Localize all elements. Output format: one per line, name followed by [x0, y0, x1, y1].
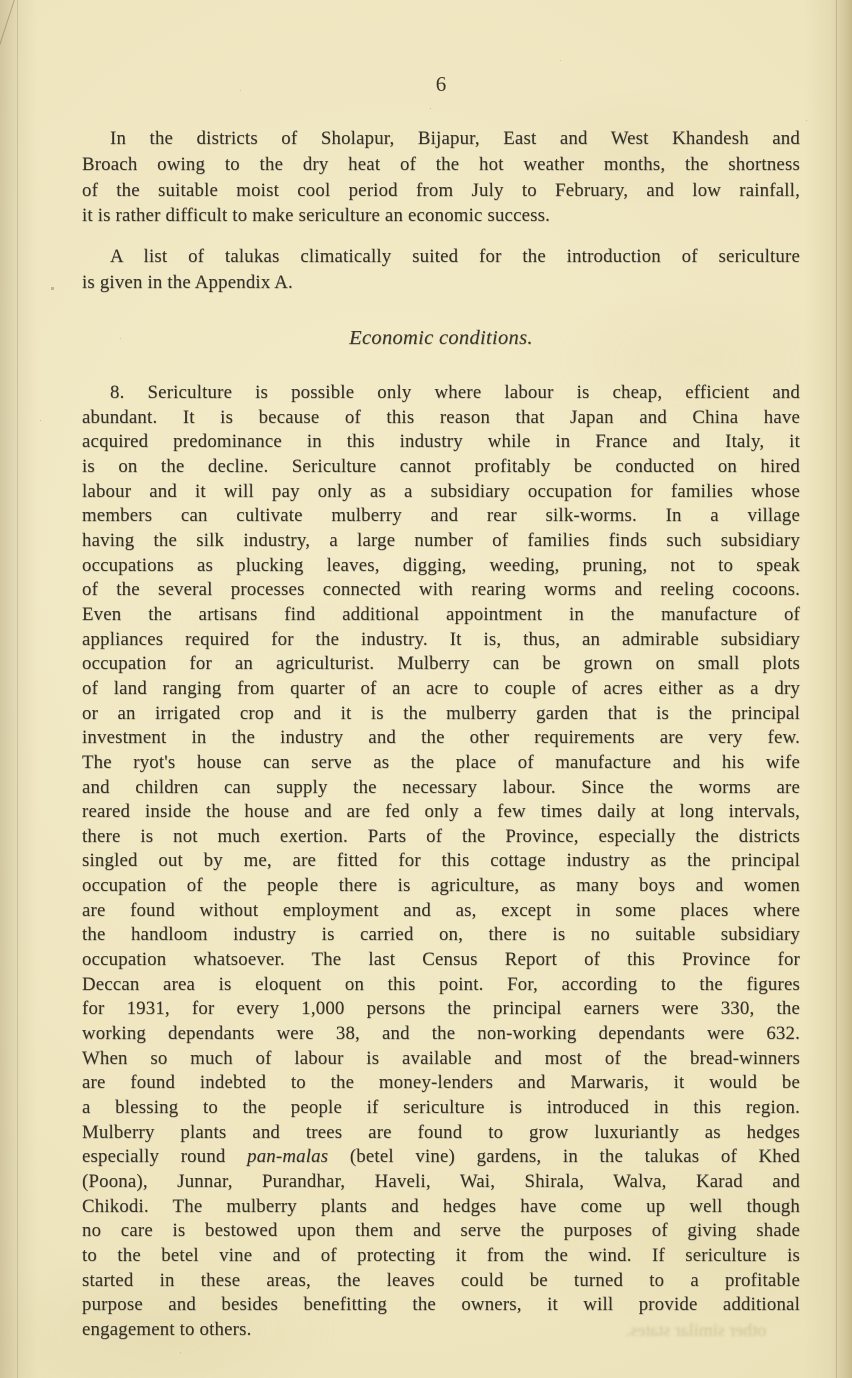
left-crease-line: [17, 0, 18, 1378]
text-line: 8. Sericulture is possible only where la…: [82, 381, 800, 406]
text-line: occupation for an agriculturist. Mulberr…: [82, 652, 800, 677]
section-heading-economic-conditions: Economic conditions.: [82, 327, 800, 350]
paragraph-talukas-list: A list of talukas climatically suited fo…: [82, 244, 800, 296]
text-line: of land ranging from quarter of an acre …: [82, 677, 800, 702]
text-line: of the several processes connected with …: [82, 578, 800, 603]
ghost-showthrough-text: other similar states.: [572, 1320, 820, 1341]
text-line: acquired predominance in this industry w…: [82, 430, 800, 455]
paragraph-8-sericulture: 8. Sericulture is possible only where la…: [82, 381, 800, 1343]
text-line: a blessing to the people if sericulture …: [82, 1096, 800, 1121]
text-line: there is not much exertion. Parts of the…: [82, 825, 800, 850]
text-line: the handloom industry is carried on, the…: [82, 923, 800, 948]
page-left-binding-shadow: [0, 0, 38, 1378]
text-line: is given in the Appendix A.: [82, 270, 800, 296]
text-line: In the districts of Sholapur, Bijapur, E…: [82, 126, 800, 152]
text-line: reared inside the house and are fed only…: [82, 800, 800, 825]
text-line: no care is bestowed upon them and serve …: [82, 1219, 800, 1244]
text-line: singled out by me, are fitted for this c…: [82, 849, 800, 874]
text-line: working dependants were 38, and the non-…: [82, 1022, 800, 1047]
dust-specks: [0, 0, 1, 1]
text-line: Broach owing to the dry heat of the hot …: [82, 152, 800, 178]
text-line: labour and it will pay only as a subsidi…: [82, 480, 800, 505]
scanned-book-page: 6 In the districts of Sholapur, Bijapur,…: [0, 0, 852, 1378]
text-line: investment in the industry and the other…: [82, 726, 800, 751]
text-line: occupations as plucking leaves, digging,…: [82, 554, 800, 579]
text-line: Even the artisans find additional appoin…: [82, 603, 800, 628]
text-line: When so much of labour is available and …: [82, 1047, 800, 1072]
text-line: for 1931, for every 1,000 persons the pr…: [82, 997, 800, 1022]
text-line: or an irrigated crop and it is the mulbe…: [82, 702, 800, 727]
text-line: purpose and besides benefitting the owne…: [82, 1293, 800, 1318]
page-right-edge-shadow: [804, 0, 852, 1378]
text-line: Deccan area is eloquent on this point. F…: [82, 973, 800, 998]
right-page-edge-line: [836, 0, 837, 1378]
text-line: is on the decline. Sericulture cannot pr…: [82, 455, 800, 480]
paragraph-districts: In the districts of Sholapur, Bijapur, E…: [82, 126, 800, 229]
text-line: A list of talukas climatically suited fo…: [82, 244, 800, 270]
text-line: of the suitable moist cool period from J…: [82, 178, 800, 204]
text-line: abundant. It is because of this reason t…: [82, 406, 800, 431]
text-line: members can cultivate mulberry and rear …: [82, 504, 800, 529]
text-line: especially round pan-malas (betel vine) …: [82, 1145, 800, 1170]
text-line: are found without employment and as, exc…: [82, 899, 800, 924]
text-line: it is rather difficult to make sericultu…: [82, 203, 800, 229]
page-number: 6: [82, 72, 800, 97]
text-line: to the betel vine and of protecting it f…: [82, 1244, 800, 1269]
text-line: are found indebted to the money-lenders …: [82, 1071, 800, 1096]
text-line: and children can supply the necessary la…: [82, 776, 800, 801]
text-line: occupation whatsoever. The last Census R…: [82, 948, 800, 973]
text-line: occupation of the people there is agricu…: [82, 874, 800, 899]
text-line: (Poona), Junnar, Purandhar, Haveli, Wai,…: [82, 1170, 800, 1195]
text-line: started in these areas, the leaves could…: [82, 1269, 800, 1294]
text-line: Chikodi. The mulberry plants and hedges …: [82, 1195, 800, 1220]
text-line: having the silk industry, a large number…: [82, 529, 800, 554]
text-line: Mulberry plants and trees are found to g…: [82, 1121, 800, 1146]
text-line: appliances required for the industry. It…: [82, 628, 800, 653]
text-line: The ryot's house can serve as the place …: [82, 751, 800, 776]
